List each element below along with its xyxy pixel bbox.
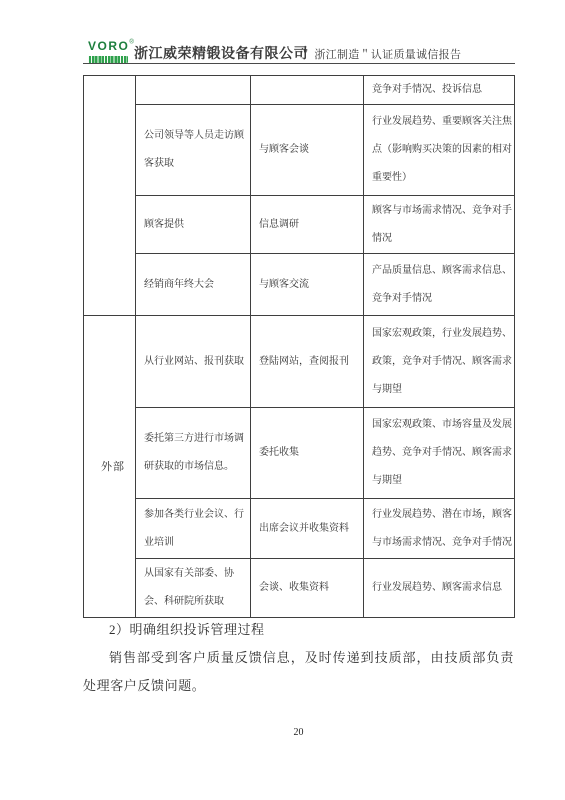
- info-cell: 国家宏观政策、市场容量及发展趋势、竞争对手情况、顾客需求与期望: [364, 408, 515, 499]
- info-cell: 行业发展趋势、顾客需求信息: [364, 559, 515, 618]
- method-cell: 登陆网站，查阅报刊: [251, 316, 364, 408]
- company-logo: VORO®: [88, 38, 130, 63]
- logo-text: VORO: [88, 39, 129, 53]
- group-cell: [84, 76, 136, 316]
- logo-tagline-bar: [88, 56, 128, 63]
- group-cell: 外部: [84, 316, 136, 618]
- info-cell: 顾客与市场需求情况、竞争对手情况: [364, 196, 515, 254]
- method-cell: 与顾客会谈: [251, 105, 364, 196]
- info-sources-table: 竞争对手情况、投诉信息 公司领导等人员走访顾客获取 与顾客会谈 行业发展趋势、重…: [83, 75, 515, 618]
- channel-cell: 参加各类行业会议、行业培训: [136, 499, 251, 559]
- table-row: 顾客提供 信息调研 顾客与市场需求情况、竞争对手情况: [84, 196, 515, 254]
- document-page: VORO® 浙江威荣精锻设备有限公司 ＂ 浙江制造＂认证质量诚信报告 竞争对手情…: [0, 0, 565, 800]
- header-report-title: ＂ 浙江制造＂认证质量诚信报告: [300, 46, 515, 62]
- channel-cell: 从行业网站、报刊获取: [136, 316, 251, 408]
- table-row: 从国家有关部委、协会、科研院所获取 会谈、收集资料 行业发展趋势、顾客需求信息: [84, 559, 515, 618]
- channel-cell: 顾客提供: [136, 196, 251, 254]
- method-cell: [251, 76, 364, 105]
- table-row: 参加各类行业会议、行业培训 出席会议并收集资料 行业发展趋势、潜在市场，顾客与市…: [84, 499, 515, 559]
- method-cell: 委托收集: [251, 408, 364, 499]
- table-row: 竞争对手情况、投诉信息: [84, 76, 515, 105]
- header-divider: [83, 63, 515, 64]
- channel-cell: 经销商年终大会: [136, 254, 251, 316]
- channel-cell: 委托第三方进行市场调研获取的市场信息。: [136, 408, 251, 499]
- info-cell: 行业发展趋势、重要顾客关注焦点（影响购买决策的因素的相对重要性）: [364, 105, 515, 196]
- header-company-name: 浙江威荣精锻设备有限公司: [134, 43, 308, 63]
- table-row: 经销商年终大会 与顾客交流 产品质量信息、顾客需求信息、竞争对手情况: [84, 254, 515, 316]
- table-row: 公司领导等人员走访顾客获取 与顾客会谈 行业发展趋势、重要顾客关注焦点（影响购买…: [84, 105, 515, 196]
- page-number: 20: [83, 727, 514, 738]
- section-heading: 2）明确组织投诉管理过程: [83, 620, 514, 640]
- body-paragraph: 销售部受到客户质量反馈信息，及时传递到技质部，由技质部负责处理客户反馈问题。: [83, 644, 514, 700]
- table-row: 外部 从行业网站、报刊获取 登陆网站，查阅报刊 国家宏观政策，行业发展趋势、政策…: [84, 316, 515, 408]
- method-cell: 出席会议并收集资料: [251, 499, 364, 559]
- method-cell: 会谈、收集资料: [251, 559, 364, 618]
- method-cell: 与顾客交流: [251, 254, 364, 316]
- channel-cell: 从国家有关部委、协会、科研院所获取: [136, 559, 251, 618]
- table-row: 委托第三方进行市场调研获取的市场信息。 委托收集 国家宏观政策、市场容量及发展趋…: [84, 408, 515, 499]
- channel-cell: 公司领导等人员走访顾客获取: [136, 105, 251, 196]
- info-cell: 国家宏观政策，行业发展趋势、政策，竞争对手情况、顾客需求与期望: [364, 316, 515, 408]
- info-cell: 竞争对手情况、投诉信息: [364, 76, 515, 105]
- info-cell: 行业发展趋势、潜在市场，顾客与市场需求情况、竞争对手情况: [364, 499, 515, 559]
- info-cell: 产品质量信息、顾客需求信息、竞争对手情况: [364, 254, 515, 316]
- channel-cell: [136, 76, 251, 105]
- method-cell: 信息调研: [251, 196, 364, 254]
